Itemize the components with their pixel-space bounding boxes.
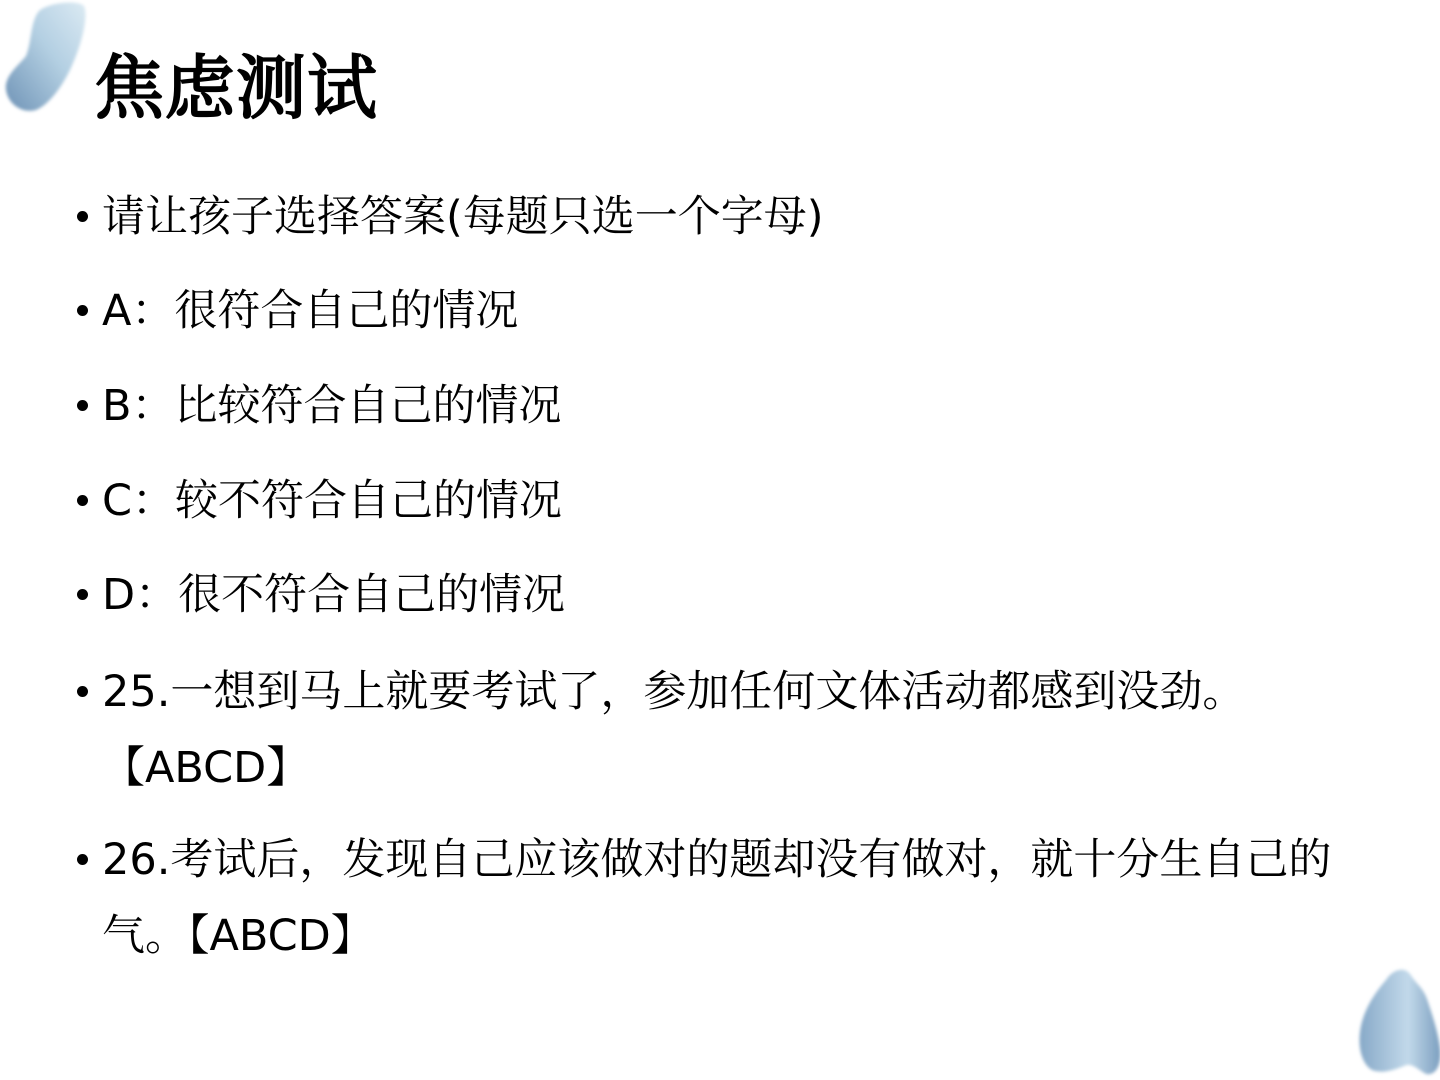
bullet-instruction: 请让孩子选择答案(每题只选一个字母) xyxy=(70,182,824,252)
bullet-dot-icon xyxy=(77,589,88,600)
bullet-text: A：很符合自己的情况 xyxy=(102,286,518,336)
bullet-question-26: 26.考试后，发现自己应该做对的题却没有做对，就十分生自己的气。【ABCD】 xyxy=(70,822,1362,974)
bullet-dot-icon xyxy=(77,211,88,222)
bullet-question-25: 25.一想到马上就要考试了，参加任何文体活动都感到没劲。【ABCD】 xyxy=(70,654,1362,806)
bullet-text: D：很不符合自己的情况 xyxy=(102,570,565,620)
bullet-text: 请让孩子选择答案(每题只选一个字母) xyxy=(102,192,824,242)
bullet-dot-icon xyxy=(77,854,88,865)
bullet-option-b: B：比较符合自己的情况 xyxy=(70,371,562,441)
bullet-dot-icon xyxy=(77,305,88,316)
slide-title: 焦虑测试 xyxy=(94,46,378,130)
bullet-text: 25.一想到马上就要考试了，参加任何文体活动都感到没劲。【ABCD】 xyxy=(102,667,1245,793)
bullet-text: 26.考试后，发现自己应该做对的题却没有做对，就十分生自己的气。【ABCD】 xyxy=(102,835,1331,961)
decorative-blob-icon xyxy=(1352,962,1440,1080)
slide: 焦虑测试 请让孩子选择答案(每题只选一个字母) A：很符合自己的情况 B：比较符… xyxy=(0,0,1440,1080)
bullet-option-c: C：较不符合自己的情况 xyxy=(70,466,562,536)
bullet-dot-icon xyxy=(77,495,88,506)
decorative-blob-icon xyxy=(0,0,90,115)
bullet-dot-icon xyxy=(77,400,88,411)
bullet-text: C：较不符合自己的情况 xyxy=(102,476,562,526)
bullet-dot-icon xyxy=(77,686,88,697)
bullet-option-a: A：很符合自己的情况 xyxy=(70,276,518,346)
bullet-option-d: D：很不符合自己的情况 xyxy=(70,560,565,630)
bullet-text: B：比较符合自己的情况 xyxy=(102,381,562,431)
